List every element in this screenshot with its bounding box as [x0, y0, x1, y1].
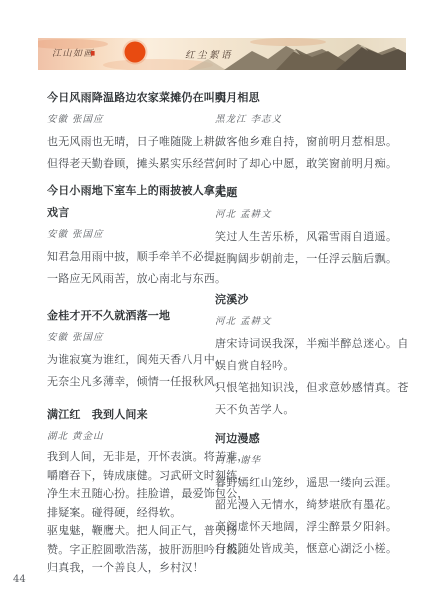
banner-left-calligraphy: 江山如画	[52, 48, 95, 59]
poem-title: 明月相思	[215, 87, 413, 109]
poem-title: 今日风雨降温路边农家菜摊仍在叫卖	[47, 87, 227, 109]
poem-author: 安徽 张国应	[47, 109, 227, 131]
banner-center-calligraphy: 红尘絮语	[185, 49, 233, 61]
poem-line: 只恨笔拙知识浅，但求意妙感情真。苍	[215, 377, 413, 399]
poem-line: 赞。字正腔圆歌浩荡，披肝沥胆吟行板。	[47, 541, 227, 560]
poem-manjianghong: 满江红 我到人间来 湖北 黄金山 我到人间，无非是，开怀表演。将苦难， 嚼磨吞下…	[47, 404, 227, 578]
poem-line: 也无风雨也无晴，日子唯随陇上耕。	[47, 131, 227, 153]
poem-line: 嚼磨吞下，铸成康健。习武研文时刻练，	[47, 467, 227, 486]
poem-title: 金桂才开不久就洒落一地	[47, 305, 227, 327]
poem-title: 浣溪沙	[215, 289, 413, 311]
poem-line: 高阁虚怀天地阔，浮尘醉景夕阳斜。	[215, 516, 413, 538]
poem-osmanthus: 金桂才开不久就洒落一地 安徽 张国应 为谁寂寞为谁红，阆苑天香八月中。 无奈尘凡…	[47, 305, 227, 393]
poem-riverside-musings: 河边漫感 河北 谢华 暮野嫣红山笼纱，遥思一缕向云涯。 韶光漫入无情水，绮梦堪欣…	[215, 428, 413, 560]
poem-author: 河北 谢华	[215, 450, 413, 472]
poem-author: 河北 孟耕文	[215, 311, 413, 333]
poem-line: 为谁寂寞为谁红，阆苑天香八月中。	[47, 349, 227, 371]
poem-huanxisha: 浣溪沙 河北 孟耕文 唐宋诗词误我深，半痴半醉总迷心。自 娱自赏自轻吟。 只恨笔…	[215, 289, 413, 421]
poem-author: 安徽 张国应	[47, 224, 227, 246]
poem-title: 满江红 我到人间来	[47, 404, 227, 426]
poem-title: 无题	[215, 182, 413, 204]
poem-author: 黑龙江 李志义	[215, 109, 413, 131]
poem-line: 排疑案。碰得硬，经得软。	[47, 504, 227, 523]
magazine-page: 江山如画 红尘絮语 今日风雨降温路边农家菜摊仍在叫卖 安徽 张国应 也无风雨也无…	[0, 0, 427, 600]
sun-halo	[123, 40, 148, 65]
poem-moon-longing: 明月相思 黑龙江 李志义 做客他乡难自持，窗前明月惹相思。 何时了却心中愿，敢笑…	[215, 87, 413, 175]
poem-line: 知君急用雨中披，顺手牵羊不必提。	[47, 246, 227, 268]
poem-rain-cape-joke: 今日小雨地下室车上的雨披被人拿走 戏言 安徽 张国应 知君急用雨中披，顺手牵羊不…	[47, 180, 227, 290]
poem-street-vendor: 今日风雨降温路边农家菜摊仍在叫卖 安徽 张国应 也无风雨也无晴，日子唯随陇上耕。…	[47, 87, 227, 175]
poem-line: 娱自赏自轻吟。	[215, 355, 413, 377]
poem-title: 今日小雨地下室车上的雨披被人拿走	[47, 180, 227, 202]
page-number: 44	[13, 574, 26, 585]
poem-line: 归真我，一个善良人，乡村汉！	[47, 559, 227, 578]
poem-line: 何时了却心中愿，敢笑窗前明月痴。	[215, 153, 413, 175]
poem-line: 无奈尘凡多薄幸，倾情一任报秋风。	[47, 371, 227, 393]
poem-line: 唐宋诗词误我深，半痴半醉总迷心。自	[215, 333, 413, 355]
poem-line: 暮野嫣红山笼纱，遥思一缕向云涯。	[215, 472, 413, 494]
poem-title: 河边漫感	[215, 428, 413, 450]
poem-author: 安徽 张国应	[47, 327, 227, 349]
poem-line: 驱鬼魅，鞭鹰犬。把人间正气，普天扬	[47, 522, 227, 541]
poem-line: 韶光漫入无情水，绮梦堪欣有墨花。	[215, 494, 413, 516]
poem-title-line2: 戏言	[47, 202, 227, 224]
poem-line: 做客他乡难自持，窗前明月惹相思。	[215, 131, 413, 153]
poem-untitled: 无题 河北 孟耕文 笑过人生苦乐桥，风霜雪雨自逍遥。 挺胸阔步朝前走，一任浮云脑…	[215, 182, 413, 270]
poem-author: 河北 孟耕文	[215, 204, 413, 226]
poem-line: 自然随处皆成美，惬意心湖泛小槎。	[215, 538, 413, 560]
poem-line: 挺胸阔步朝前走，一任浮云脑后飘。	[215, 248, 413, 270]
poem-line: 我到人间，无非是，开怀表演。将苦难，	[47, 448, 227, 467]
poem-line: 笑过人生苦乐桥，风霜雪雨自逍遥。	[215, 226, 413, 248]
poem-author: 湖北 黄金山	[47, 426, 227, 448]
cloud-streak	[250, 38, 326, 46]
seal-stamp-icon	[91, 51, 95, 56]
poem-line: 一路应无风雨苦，放心南北与东西。	[47, 268, 227, 290]
poem-line: 天不负苦学人。	[215, 399, 413, 421]
poem-line: 净生末丑随心扮。挂脸谱，最爱饰包公，	[47, 485, 227, 504]
banner-painting: 江山如画 红尘絮语	[38, 38, 406, 70]
poem-line: 但得老天勤眷顾，摊头累实乐经营。	[47, 153, 227, 175]
